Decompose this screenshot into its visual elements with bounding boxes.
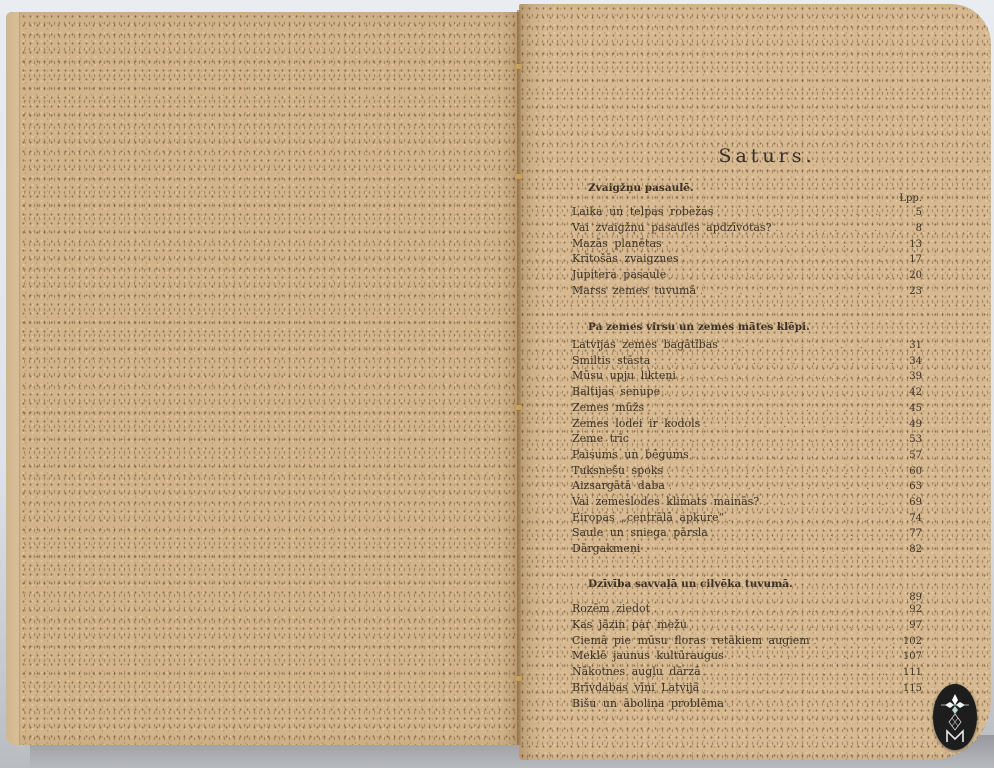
dot-leader (704, 419, 896, 433)
toc-entry: Tuksnešu spoks60 (572, 464, 922, 480)
entry-page: 92 (900, 603, 922, 617)
dot-leader (654, 356, 896, 370)
dot-leader (633, 434, 896, 448)
entry-title: Krītošās zvaigznes (572, 252, 679, 266)
entry-page: 77 (900, 527, 922, 541)
book-spine (517, 10, 521, 745)
dot-leader (703, 683, 896, 697)
dot-leader (728, 651, 896, 665)
entry-title: Vai zemeslodes klimats mainās? (572, 495, 759, 509)
dot-leader (728, 513, 896, 527)
entry-title: Latvijas zemes bagātības (572, 338, 718, 352)
dot-leader (669, 481, 896, 495)
staple-lower (515, 405, 522, 410)
toc-entry: Zemes mūžs45 (572, 401, 922, 417)
entry-title: Saule un sniega pārsla (572, 526, 708, 540)
entry-title: Dārgakmeņi (572, 542, 640, 556)
entry-title: Zeme trīc (572, 432, 629, 446)
entry-title: Laika un telpas robežas (572, 205, 713, 219)
entry-page: 69 (900, 496, 922, 510)
dot-leader (693, 450, 896, 464)
toc-entry: Laika un telpas robežas5 (572, 205, 922, 221)
toc-entry: Latvijas zemes bagātības31 (572, 338, 922, 354)
entry-page: 102 (900, 635, 922, 649)
toc-entry: Vai zvaigžņu pasaules apdzīvotas?8 (572, 221, 922, 237)
dot-leader (705, 667, 896, 681)
toc-entry: Dārgakmeņi82 (572, 542, 922, 558)
entry-title: Mazās planētas (572, 237, 662, 251)
entry-page: 107 (900, 650, 922, 664)
toc-title: Saturs. (612, 150, 922, 164)
lead-page-number: 89 (909, 591, 922, 605)
dot-leader (666, 239, 896, 253)
entry-title: Jupitera pasaule (572, 268, 666, 282)
toc-entry: Paisums un bēgums57 (572, 448, 922, 464)
entry-page: 5 (900, 206, 922, 220)
entry-page: 13 (900, 238, 922, 252)
entry-title: Ciemā pie mūsu floras retākiem augiem (572, 634, 810, 648)
toc-section-2: Pa zemes virsu un zemes mātes klēpi. Lat… (572, 321, 922, 558)
dot-leader (775, 223, 896, 237)
entry-title: Baltijas senupe (572, 385, 660, 399)
entry-page: 115 (900, 682, 922, 696)
entry-page: 17 (900, 253, 922, 267)
entry-title: Brīvdabas vīni Latvijā (572, 681, 699, 695)
toc-entry: Saule un sniega pārsla77 (572, 526, 922, 542)
toc-entry: Eiropas „centrālā apkure“74 (572, 511, 922, 527)
toc-entry: Kas jāzin par mežu97 (572, 618, 922, 634)
entry-page: 53 (900, 433, 922, 447)
toc-entry: Meklē jaunus kultūraugus107 (572, 649, 922, 665)
toc-entry: Rozēm ziedot92 (572, 602, 922, 618)
toc-entry: Ciemā pie mūsu floras retākiem augiem102 (572, 634, 922, 650)
entry-page: 42 (900, 386, 922, 400)
staple-top (515, 64, 522, 69)
toc-section-1: Zvaigžņu pasaulē. Lpp. Laika un telpas r… (572, 182, 922, 300)
left-page-blank (6, 12, 520, 745)
entry-title: Aizsargātā daba (572, 479, 665, 493)
staple-upper (515, 174, 522, 179)
entry-page: 111 (900, 666, 922, 680)
dot-leader (763, 497, 896, 511)
watermark-logo (933, 684, 977, 750)
toc-entry: Smiltis stāsta34 (572, 354, 922, 370)
entry-page: 20 (900, 269, 922, 283)
entry-title: Vai zvaigžņu pasaules apdzīvotas? (572, 221, 771, 235)
entry-title: Bišu un āboliņa problēma (572, 697, 724, 711)
entry-page: 31 (900, 339, 922, 353)
dot-leader (683, 254, 896, 268)
table-of-contents: Saturs. Zvaigžņu pasaulē. Lpp. Laika un … (572, 150, 922, 728)
entry-page: 34 (900, 355, 922, 369)
toc-entry: Mazās planētas13 (572, 237, 922, 253)
toc-entry: Jupitera pasaule20 (572, 268, 922, 284)
entry-page: 82 (900, 543, 922, 557)
section-heading: Pa zemes virsu un zemes mātes klēpi. (572, 321, 922, 335)
entry-title: Marss zemes tuvumā (572, 284, 696, 298)
dot-leader (691, 620, 896, 634)
dot-leader (664, 387, 896, 401)
toc-entry: Zeme trīc53 (572, 432, 922, 448)
entry-page: 63 (900, 480, 922, 494)
dot-leader (648, 403, 896, 417)
toc-entry: Marss zemes tuvumā23 (572, 284, 922, 300)
entry-page: 39 (900, 370, 922, 384)
entry-title: Rozēm ziedot (572, 602, 650, 616)
left-page-fore-edge (6, 12, 20, 745)
dot-leader (814, 636, 896, 650)
toc-entry: Bišu un āboliņa problēma (572, 697, 922, 713)
entry-page: 45 (900, 402, 922, 416)
folk-ornament-monogram-icon (933, 684, 977, 750)
dot-leader (670, 270, 896, 284)
toc-entry: Mūsu upju likteņi39 (572, 369, 922, 385)
dot-leader (644, 544, 896, 558)
entry-title: Tuksnešu spoks (572, 464, 663, 478)
dot-leader (680, 371, 896, 385)
toc-section-3: Dzīvība savvaļā un cilvēka tuvumā. 89 Ro… (572, 578, 922, 712)
entry-title: Eiropas „centrālā apkure“ (572, 511, 724, 525)
entry-page: 74 (900, 512, 922, 526)
dot-leader (667, 466, 896, 480)
entry-title: Meklē jaunus kultūraugus (572, 649, 724, 663)
dot-leader (717, 207, 896, 221)
dot-leader (700, 286, 896, 300)
section-heading: Dzīvība savvaļā un cilvēka tuvumā. (572, 578, 922, 592)
lpp-label: Lpp. (899, 192, 922, 206)
dot-leader (728, 699, 896, 713)
toc-entry: Baltijas senupe42 (572, 385, 922, 401)
entry-page: 23 (900, 285, 922, 299)
dot-leader (654, 604, 896, 618)
entry-page: 57 (900, 449, 922, 463)
entry-title: Smiltis stāsta (572, 354, 650, 368)
toc-entry: Brīvdabas vīni Latvijā115 (572, 681, 922, 697)
toc-entry: Nākotnes augļu dārzā111 (572, 665, 922, 681)
dot-leader (722, 340, 896, 354)
entry-title: Mūsu upju likteņi (572, 369, 676, 383)
entry-title: Zemes lodei ir kodols (572, 417, 700, 431)
entry-page: 60 (900, 465, 922, 479)
toc-entry: Krītošās zvaigznes17 (572, 252, 922, 268)
entry-page: 49 (900, 418, 922, 432)
toc-entry: Aizsargātā daba63 (572, 479, 922, 495)
toc-entry: Zemes lodei ir kodols49 (572, 417, 922, 433)
toc-entry: Vai zemeslodes klimats mainās?69 (572, 495, 922, 511)
entry-page: 8 (900, 222, 922, 236)
entry-title: Zemes mūžs (572, 401, 644, 415)
entry-page: 97 (900, 619, 922, 633)
entry-title: Kas jāzin par mežu (572, 618, 687, 632)
staple-bottom (515, 676, 522, 681)
dot-leader (712, 528, 896, 542)
entry-title: Paisums un bēgums (572, 448, 689, 462)
entry-title: Nākotnes augļu dārzā (572, 665, 701, 679)
